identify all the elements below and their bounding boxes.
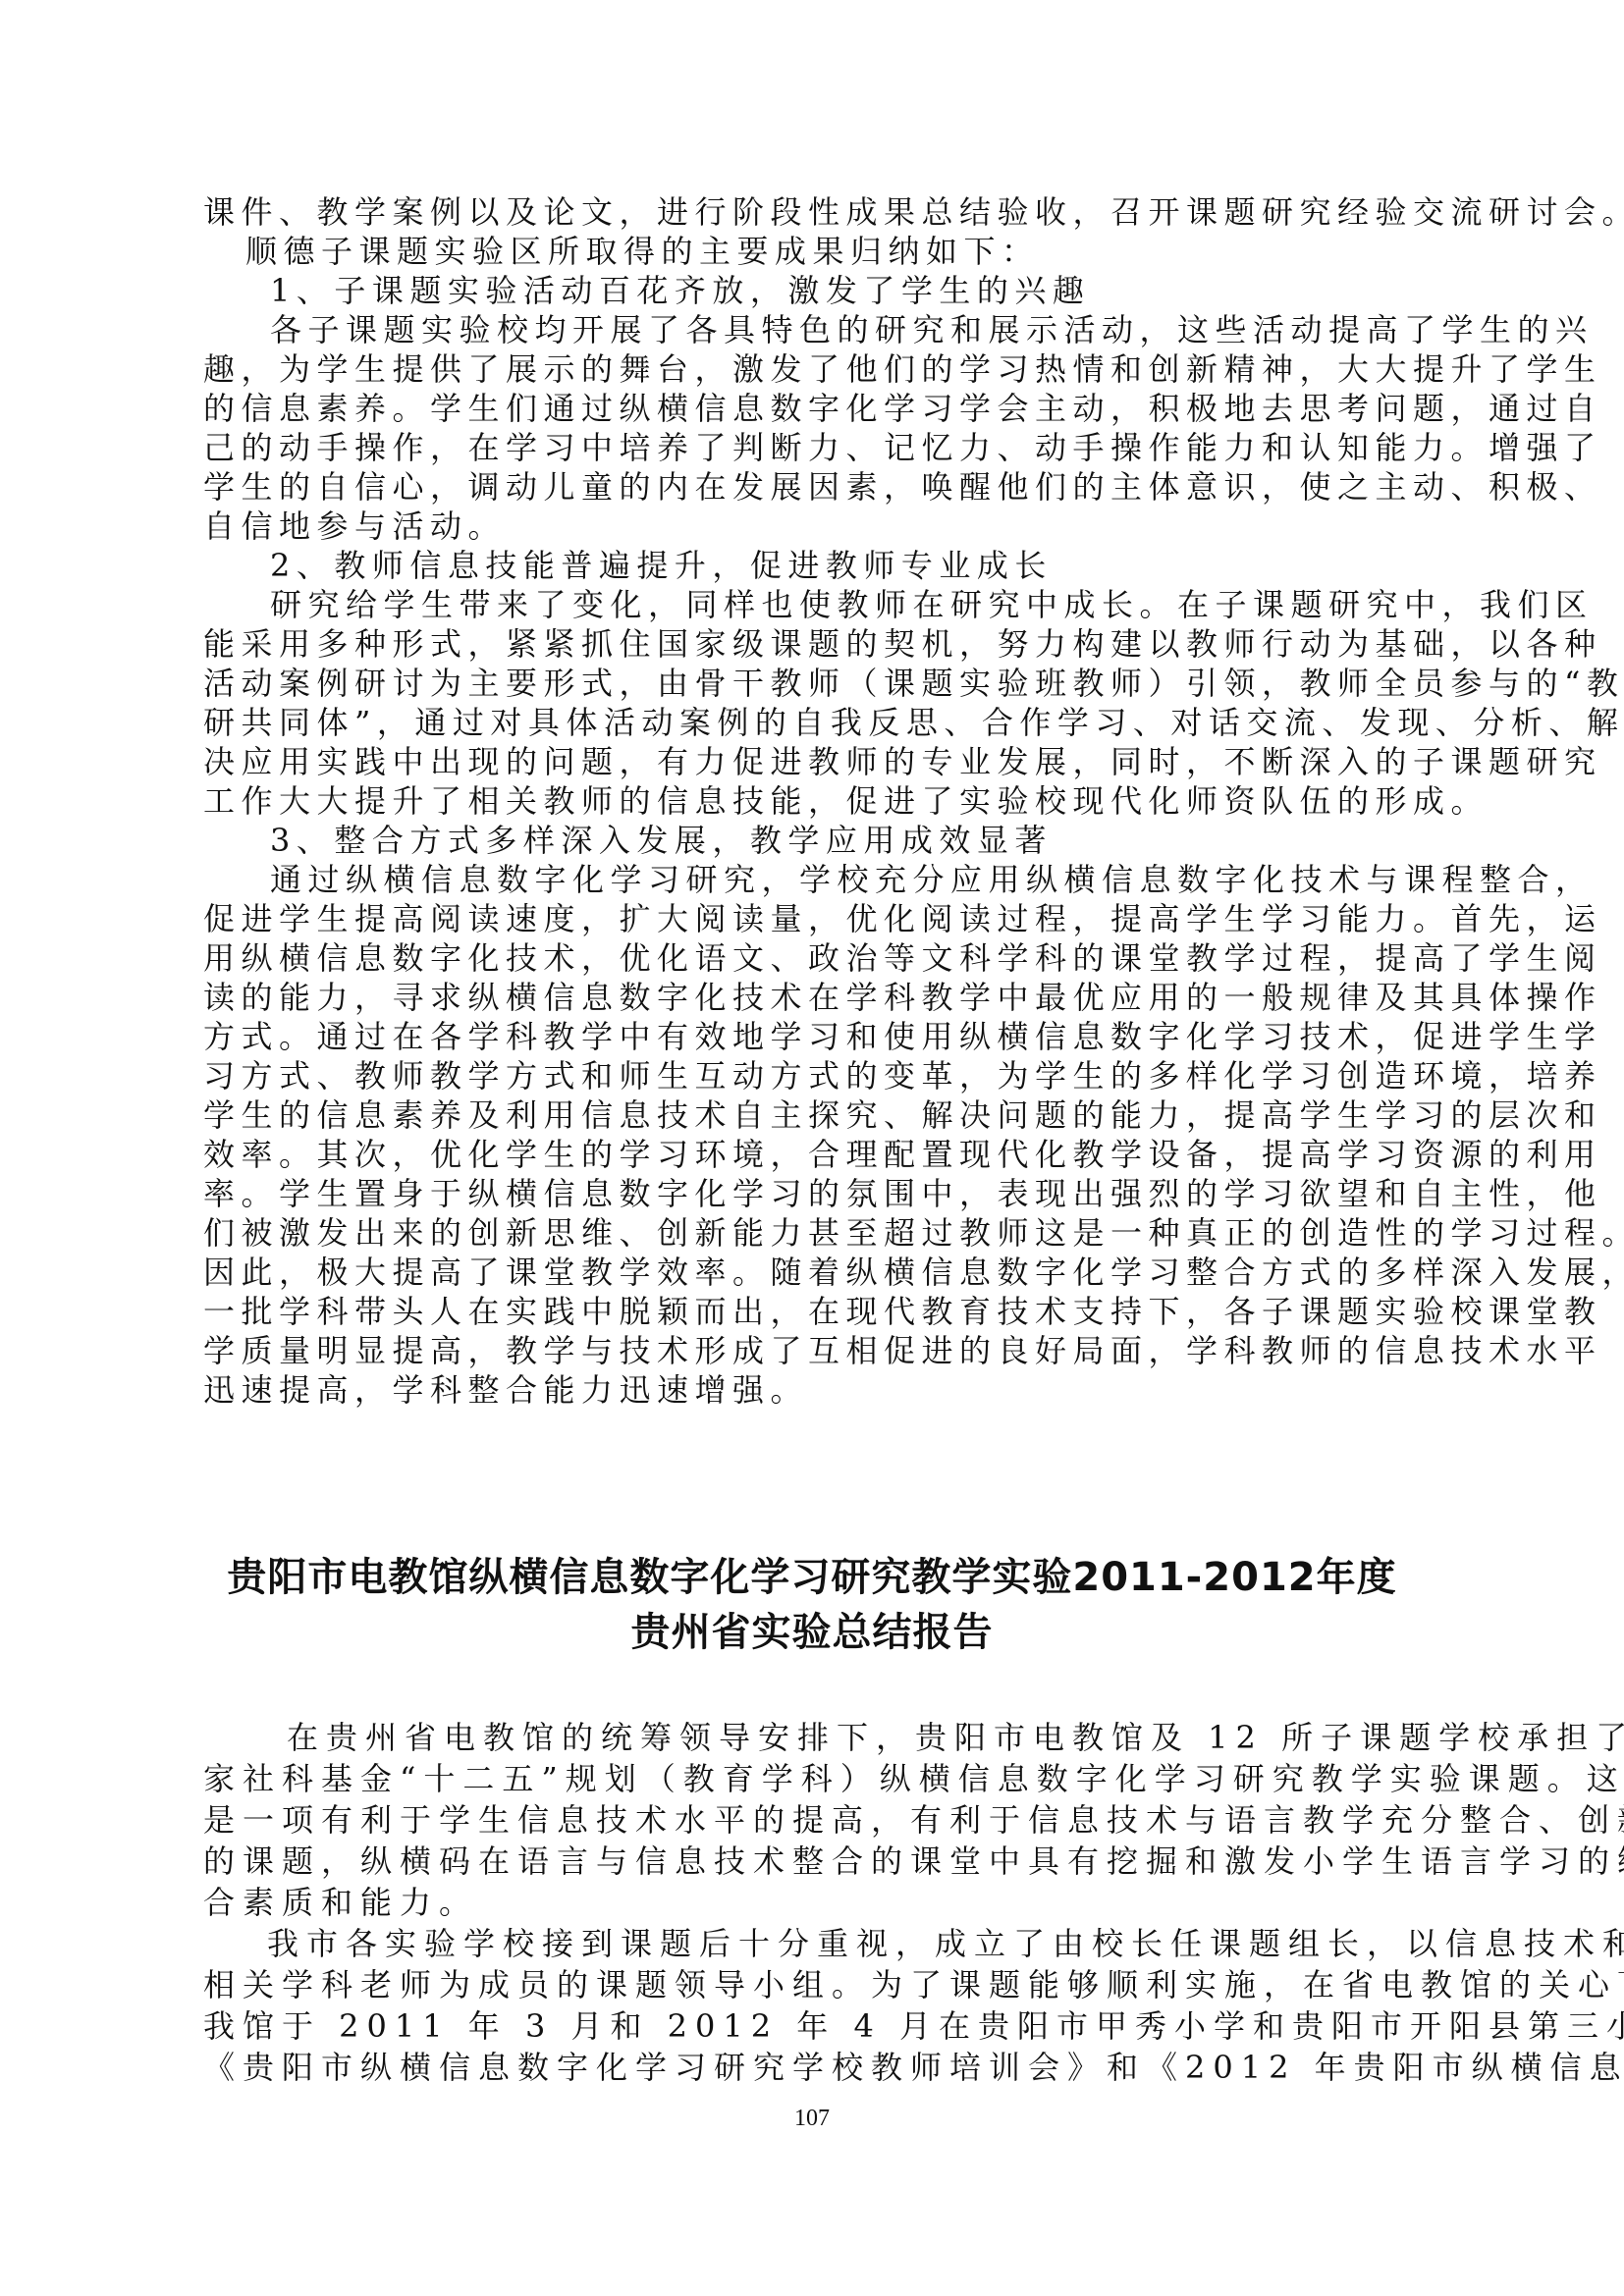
paragraph-line: 研共同体”，通过对具体活动案例的自我反思、合作学习、对话交流、发现、分析、解 [203, 703, 1624, 742]
report-title-line-1: 贵阳市电教馆纵横信息数字化学习研究教学实验2011-2012年度 [0, 1553, 1624, 1602]
paragraph-line: 研究给学生带来了变化，同样也使教师在研究中成长。在子课题研究中，我们区 [270, 585, 1594, 624]
report-title-line-2: 贵州省实验总结报告 [0, 1608, 1624, 1657]
paragraph-line: 的课题，纵横码在语言与信息技术整合的课堂中具有挖掘和激发小学生语言学习的综 [203, 1842, 1624, 1881]
paragraph-line: 学生的信息素养及利用信息技术自主探究、解决问题的能力，提高学生学习的层次和 [203, 1095, 1602, 1135]
paragraph-line: 我馆于 2011 年 3 月和 2012 年 4 月在贵阳市甲秀小学和贵阳市开阳… [203, 2006, 1624, 2046]
subheading-1: 1、子课题实验活动百花齐放，激发了学生的兴趣 [270, 271, 1090, 310]
paragraph-line: 自信地参与活动。 [203, 507, 506, 546]
paragraph-line: 习方式、教师教学方式和师生互动方式的变革，为学生的多样化学习创造环境，培养 [203, 1056, 1602, 1095]
paragraph-line: 工作大大提升了相关教师的信息技能，促进了实验校现代化师资队伍的形成。 [203, 781, 1489, 821]
paragraph-line: 的信息素养。学生们通过纵横信息数字化学习学会主动，积极地去思考问题，通过自 [203, 389, 1602, 428]
subheading-2: 2、教师信息技能普遍提升，促进教师专业成长 [270, 546, 1053, 585]
paragraph-line: 活动案例研讨为主要形式，由骨干教师（课题实验班教师）引领，教师全员参与的“教 [203, 664, 1624, 703]
paragraph-line: 一批学科带头人在实践中脱颖而出，在现代教育技术支持下，各子课题实验校课堂教 [203, 1292, 1602, 1331]
paragraph-line: 率。学生置身于纵横信息数字化学习的氛围中，表现出强烈的学习欲望和自主性，他 [203, 1174, 1602, 1213]
subheading-3: 3、整合方式多样深入发展，教学应用成效显著 [270, 821, 1053, 860]
paragraph-line: 方式。通过在各学科教学中有效地学习和使用纵横信息数字化学习技术，促进学生学 [203, 1017, 1602, 1056]
paragraph-line: 决应用实践中出现的问题，有力促进教师的专业发展，同时，不断深入的子课题研究 [203, 742, 1602, 781]
paragraph-line: 我市各实验学校接到课题后十分重视，成立了由校长任课题组长，以信息技术和 [267, 1924, 1624, 1963]
paragraph-line: 促进学生提高阅读速度，扩大阅读量，优化阅读过程，提高学生学习能力。首先，运 [203, 899, 1602, 938]
paragraph-line: 在贵州省电教馆的统筹领导安排下，贵阳市电教馆及 12 所子课题学校承担了国 [287, 1718, 1624, 1757]
paragraph-line: 是一项有利于学生信息技术水平的提高，有利于信息技术与语言教学充分整合、创新 [203, 1800, 1624, 1840]
paragraph-line: 各子课题实验校均开展了各具特色的研究和展示活动，这些活动提高了学生的兴 [270, 310, 1594, 349]
paragraph-line: 顺德子课题实验区所取得的主要成果归纳如下： [245, 232, 1040, 271]
paragraph-line: 相关学科老师为成员的课题领导小组。为了课题能够顺利实施，在省电教馆的关心下， [203, 1965, 1624, 2004]
paragraph-line: 效率。其次，优化学生的学习环境，合理配置现代化教学设备，提高学习资源的利用 [203, 1135, 1602, 1174]
paragraph-line: 合素质和能力。 [203, 1883, 478, 1922]
paragraph-line: 学质量明显提高，教学与技术形成了互相促进的良好局面，学科教师的信息技术水平 [203, 1331, 1602, 1370]
paragraph-line: 趣，为学生提供了展示的舞台，激发了他们的学习热情和创新精神，大大提升了学生 [203, 349, 1602, 389]
paragraph-line: 们被激发出来的创新思维、创新能力甚至超过教师这是一种真正的创造性的学习过程。 [203, 1213, 1624, 1253]
document-page: 课件、教学案例以及论文，进行阶段性成果总结验收，召开课题研究经验交流研讨会。 顺… [0, 0, 1624, 2296]
paragraph-line: 通过纵横信息数字化学习研究，学校充分应用纵横信息数字化技术与课程整合， [270, 860, 1594, 899]
paragraph-line: 因此，极大提高了课堂教学效率。随着纵横信息数字化学习整合方式的多样深入发展， [203, 1253, 1624, 1292]
page-number: 107 [0, 2106, 1624, 2132]
paragraph-line: 《贵阳市纵横信息数字化学习研究学校教师培训会》和《2012 年贵阳市纵横信息数字 [203, 2048, 1624, 2087]
paragraph-line: 课件、教学案例以及论文，进行阶段性成果总结验收，召开课题研究经验交流研讨会。 [203, 192, 1624, 232]
paragraph-line: 能采用多种形式，紧紧抓住国家级课题的契机，努力构建以教师行动为基础，以各种 [203, 624, 1602, 664]
paragraph-line: 用纵横信息数字化技术，优化语文、政治等文科学科的课堂教学过程，提高了学生阅 [203, 938, 1602, 978]
paragraph-line: 己的动手操作，在学习中培养了判断力、记忆力、动手操作能力和认知能力。增强了 [203, 428, 1602, 467]
paragraph-line: 迅速提高，学科整合能力迅速增强。 [203, 1370, 808, 1410]
paragraph-line: 家社科基金“十二五”规划（教育学科）纵横信息数字化学习研究教学实验课题。这 [203, 1759, 1624, 1798]
paragraph-line: 学生的自信心，调动儿童的内在发展因素，唤醒他们的主体意识，使之主动、积极、 [203, 467, 1602, 507]
paragraph-line: 读的能力，寻求纵横信息数字化技术在学科教学中最优应用的一般规律及其具体操作 [203, 978, 1602, 1017]
